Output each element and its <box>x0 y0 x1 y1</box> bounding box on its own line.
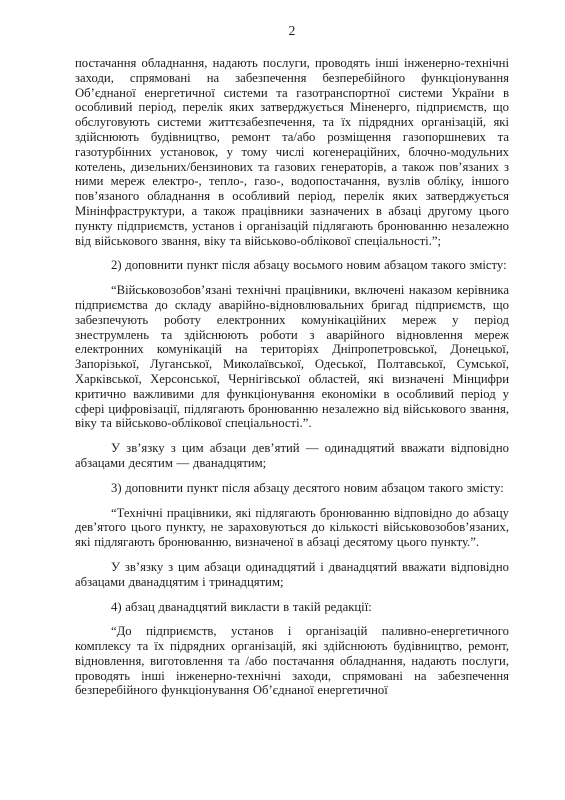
paragraph-renumber-note-1: У зв’язку з цим абзаци дев’ятий — одинад… <box>75 441 509 471</box>
paragraph-item-4: 4) абзац дванадцятий викласти в такій ре… <box>75 600 509 615</box>
paragraph-renumber-note-2: У зв’язку з цим абзаци одинадцятий і два… <box>75 560 509 590</box>
paragraph-item-3: 3) доповнити пункт після абзацу десятого… <box>75 481 509 496</box>
paragraph-quote-new-abzац-8: “Військовозобов’язані технічні працівник… <box>75 283 509 431</box>
page-number: 2 <box>75 23 509 38</box>
paragraph-continuation: постачання обладнання, надають послуги, … <box>75 56 509 248</box>
document-page: 2 постачання обладнання, надають послуги… <box>0 0 565 800</box>
paragraph-quote-abzац-12: “До підприємств, установ і організацій п… <box>75 624 509 698</box>
paragraph-item-2: 2) доповнити пункт після абзацу восьмого… <box>75 258 509 273</box>
paragraph-quote-new-abzац-10: “Технічні працівники, які підлягають бро… <box>75 506 509 550</box>
